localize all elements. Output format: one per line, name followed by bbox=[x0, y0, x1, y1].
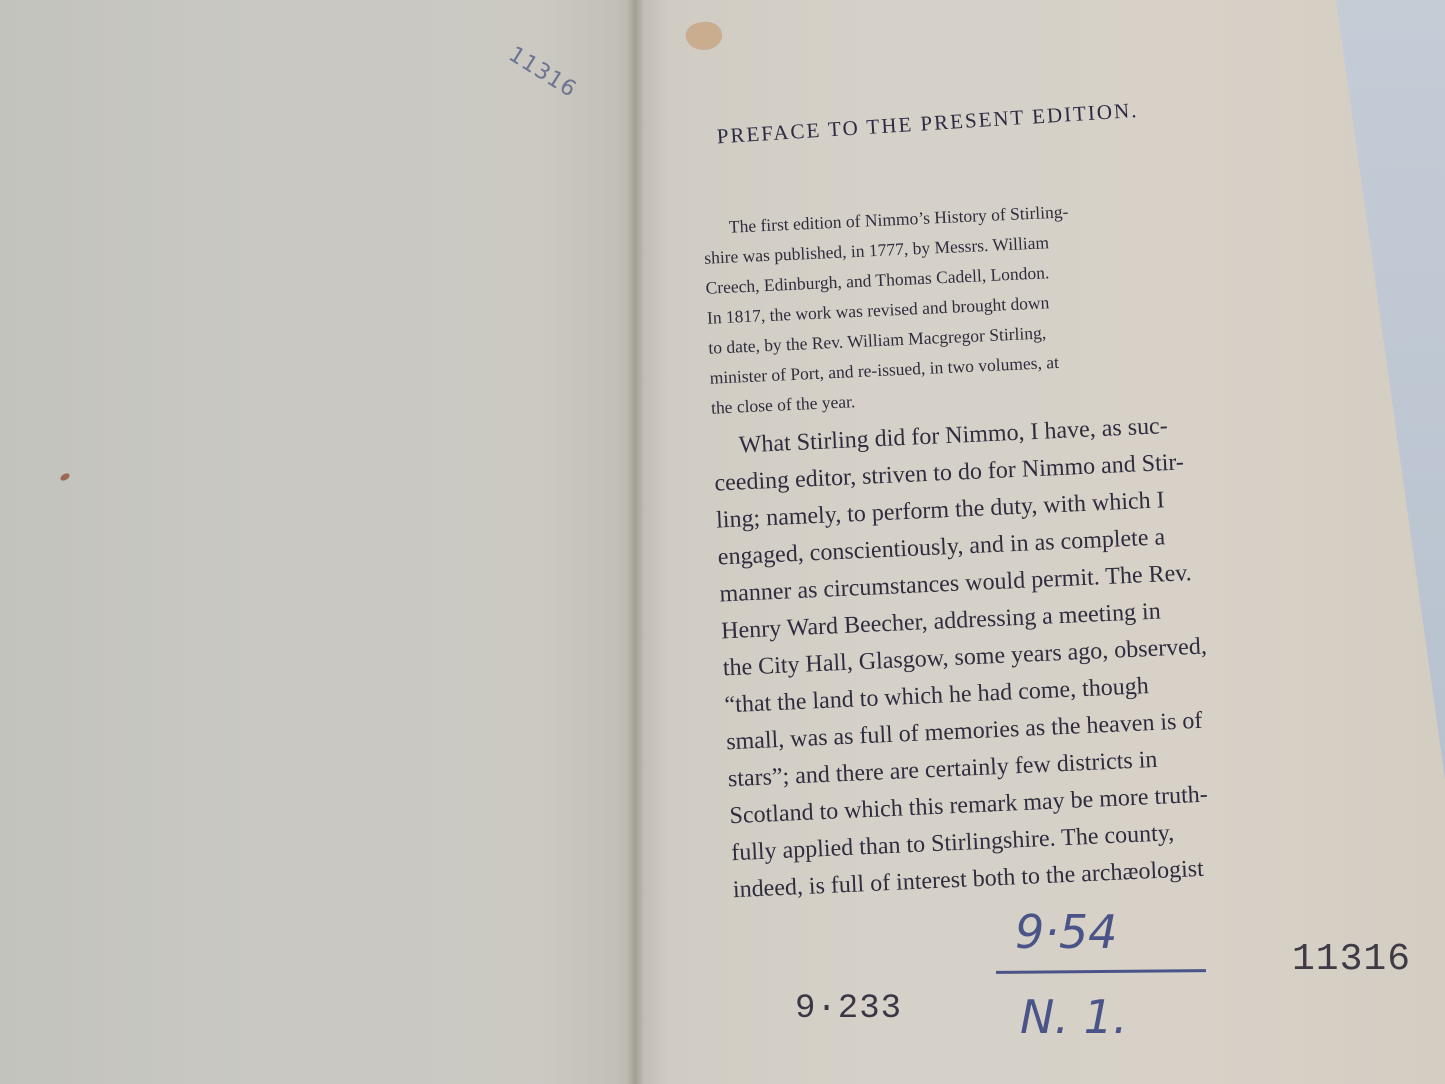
paragraph-2: What Stirling did for Nimmo, I have, as … bbox=[712, 401, 1353, 910]
book-photo: 11316 PREFACE TO THE PRESENT EDITION. Th… bbox=[0, 0, 1445, 1084]
book-gutter bbox=[628, 0, 644, 1084]
library-stamp-left: 9·233 bbox=[795, 990, 902, 1028]
library-stamp-right: 11316 bbox=[1292, 938, 1411, 981]
handwritten-denominator: N. 1. bbox=[1020, 990, 1128, 1044]
paper-speck bbox=[59, 472, 71, 482]
pencil-annotation: 11316 bbox=[504, 42, 581, 103]
left-page: 11316 bbox=[0, 0, 636, 1084]
paragraph-1: The first edition of Nimmo’s History of … bbox=[702, 192, 1181, 423]
handwritten-numerator: 9·54 bbox=[1015, 905, 1117, 959]
page-text: PREFACE TO THE PRESENT EDITION. The firs… bbox=[698, 92, 1353, 909]
